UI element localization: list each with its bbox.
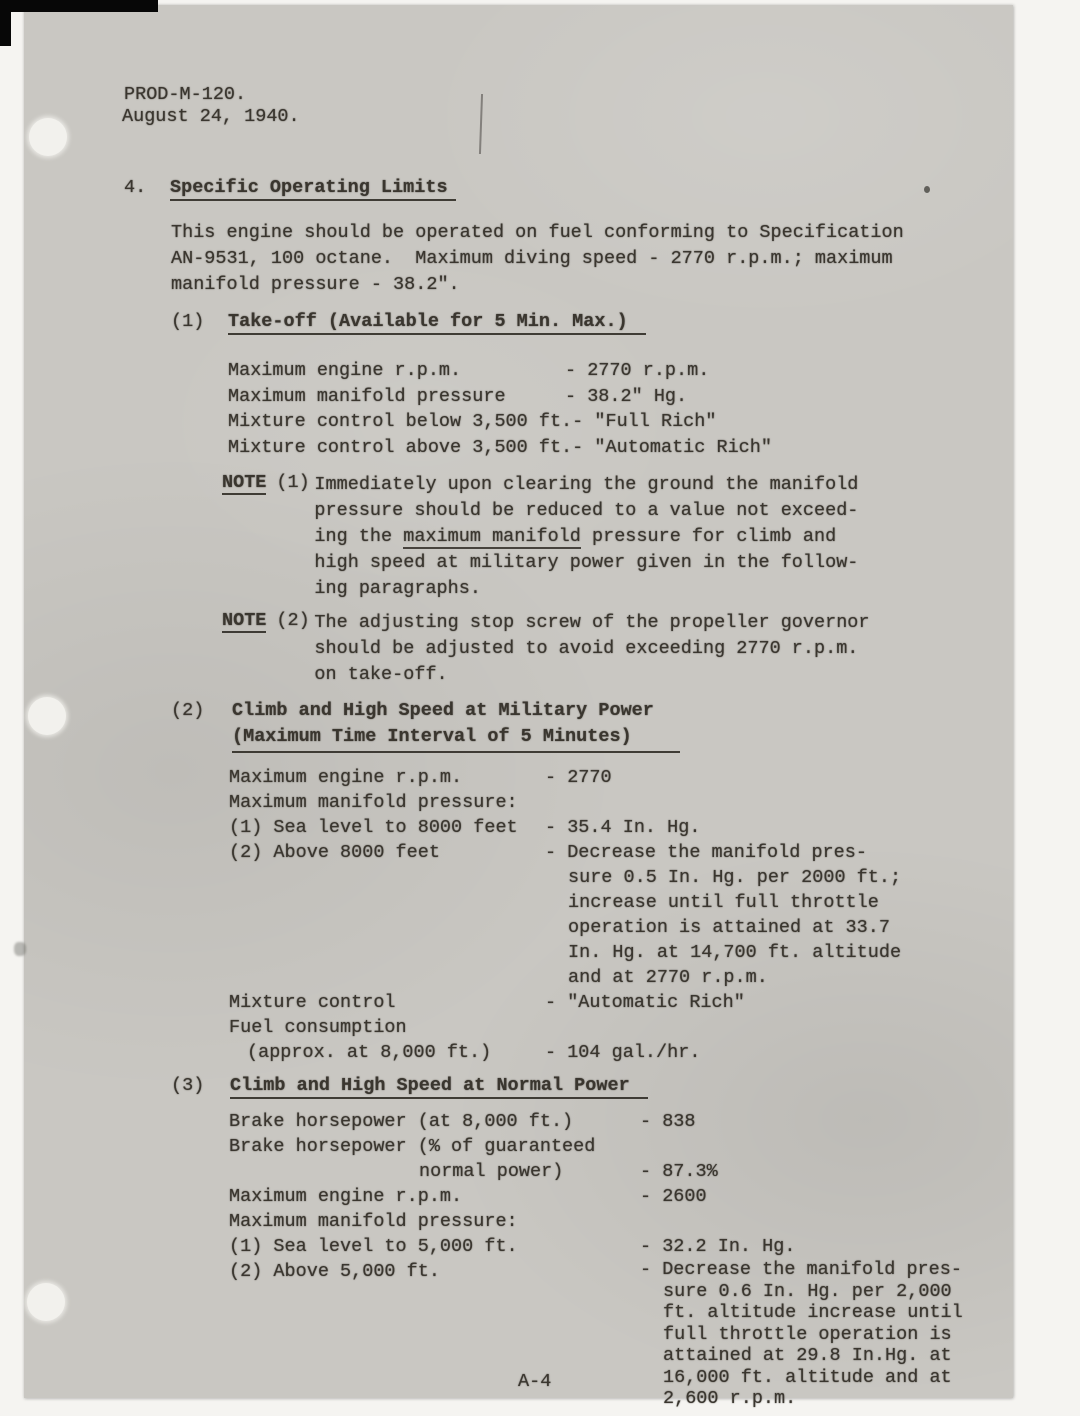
spec-value: - 32.2 In. Hg. [640, 1234, 795, 1259]
spec-row: Brake horsepower (at 8,000 ft.)- 838 [229, 1109, 1003, 1134]
section-1-specs: Maximum engine r.p.m.- 2770 r.p.m. Maxim… [228, 358, 772, 460]
scanned-document-page: PROD-M-120. August 24, 1940. 4.Specific … [0, 0, 1080, 1416]
spec-value: - 2600 [640, 1184, 707, 1209]
note-line: should be adjusted to avoid exceeding 27… [314, 636, 954, 662]
note-line-part: ing the [314, 526, 403, 547]
spec-value: - 35.4 In. Hg. [545, 815, 700, 840]
spec-value: - 2770 [545, 765, 612, 790]
section-2-specs: Maximum engine r.p.m.- 2770 Maximum mani… [229, 765, 928, 1065]
document-content: PROD-M-120. August 24, 1940. 4.Specific … [0, 0, 1080, 1416]
spec-label: (2) Above 5,000 ft. [229, 1259, 640, 1284]
spec-row: Maximum manifold pressure- 38.2" Hg. [228, 384, 772, 410]
spec-label: (1) Sea level to 8000 feet [229, 815, 545, 840]
spec-label: Brake horsepower (at 8,000 ft.) [229, 1109, 640, 1134]
spec-value: - 104 gal./hr. [545, 1040, 700, 1065]
spec-label: (approx. at 8,000 ft.) [229, 1040, 545, 1065]
section-title: Climb and High Speed at Military Power (… [232, 698, 680, 753]
spec-value: - Decrease the manifold pres- sure 0.5 I… [545, 840, 928, 990]
spec-row: (2) Above 8000 feet- Decrease the manifo… [229, 840, 928, 990]
note-1: NOTE (1) Immediately upon clearing the g… [222, 472, 954, 602]
intro-paragraph: This engine should be operated on fuel c… [171, 220, 904, 298]
spec-label: Maximum engine r.p.m. [229, 765, 545, 790]
note-label: NOTE [222, 472, 266, 495]
spec-row: Mixture control- "Automatic Rich" [229, 990, 928, 1015]
note-number: (1) [276, 472, 311, 493]
spec-row: Brake horsepower (% of guaranteed [229, 1134, 1003, 1159]
spec-label: Brake horsepower (% of guaranteed [229, 1134, 640, 1159]
spec-row: (approx. at 8,000 ft.)- 104 gal./hr. [229, 1040, 928, 1065]
spec-row: (2) Above 5,000 ft.- Decrease the manifo… [229, 1259, 1003, 1410]
spec-label: Maximum manifold pressure: [229, 1209, 640, 1234]
section-title: Climb and High Speed at Normal Power [230, 1075, 648, 1099]
spec-row: Maximum manifold pressure: [229, 790, 928, 815]
spec-label: (1) Sea level to 5,000 ft. [229, 1234, 640, 1259]
spec-value: - 38.2" Hg. [565, 384, 687, 410]
spec-label: Maximum manifold pressure: [229, 790, 545, 815]
spec-label: (2) Above 8000 feet [229, 840, 545, 865]
note-text: The adjusting stop screw of the propelle… [314, 610, 954, 688]
spec-value: - 87.3% [640, 1159, 718, 1184]
note-line: ing the maximum manifold pressure for cl… [314, 524, 954, 550]
note-line: pressure should be reduced to a value no… [314, 498, 954, 524]
spec-row: (1) Sea level to 8000 feet- 35.4 In. Hg. [229, 815, 928, 840]
section-title-line: (Maximum Time Interval of 5 Minutes) [232, 724, 680, 753]
note-label: NOTE [222, 610, 266, 633]
intro-line: This engine should be operated on fuel c… [171, 220, 904, 246]
note-line: on take-off. [314, 662, 954, 688]
spec-row: (1) Sea level to 5,000 ft.- 32.2 In. Hg. [229, 1234, 1003, 1259]
spec-value: - "Automatic Rich" [572, 435, 772, 461]
section-number: (2) [171, 698, 232, 724]
spec-label: Maximum engine r.p.m. [228, 358, 565, 384]
note-2: NOTE (2) The adjusting stop screw of the… [222, 610, 954, 688]
note-line: ing paragraphs. [314, 576, 954, 602]
spec-label: Maximum engine r.p.m. [229, 1184, 640, 1209]
spec-value: - 2770 r.p.m. [565, 358, 709, 384]
note-line: The adjusting stop screw of the propelle… [314, 610, 954, 636]
spec-row: normal power)- 87.3% [229, 1159, 1003, 1184]
section-3-heading: (3)Climb and High Speed at Normal Power [171, 1074, 648, 1098]
heading-text: Specific Operating Limits [170, 177, 456, 201]
note-line-part: pressure for climb and [581, 526, 836, 547]
note-number: (2) [276, 610, 311, 631]
spec-row: Fuel consumption [229, 1015, 928, 1040]
doc-number: PROD-M-120. [124, 84, 246, 106]
spec-row: Maximum engine r.p.m.- 2770 [229, 765, 928, 790]
note-line: high speed at military power given in th… [314, 550, 954, 576]
note-line: Immediately upon clearing the ground the… [314, 472, 954, 498]
section-number: (3) [171, 1074, 230, 1098]
spec-row: Maximum engine r.p.m.- 2600 [229, 1184, 1003, 1209]
main-heading: 4.Specific Operating Limits [124, 176, 456, 200]
intro-line: manifold pressure - 38.2". [171, 272, 904, 298]
section-3-specs: Brake horsepower (at 8,000 ft.)- 838 Bra… [229, 1109, 1003, 1410]
spec-row: Mixture control above 3,500 ft.- "Automa… [228, 435, 772, 461]
heading-number: 4. [124, 176, 170, 200]
spec-row: Maximum engine r.p.m.- 2770 r.p.m. [228, 358, 772, 384]
spec-label: Fuel consumption [229, 1015, 545, 1040]
spec-value: - 838 [640, 1109, 696, 1134]
note-text: Immediately upon clearing the ground the… [314, 472, 954, 602]
section-number: (1) [171, 310, 228, 334]
spec-label: Mixture control below 3,500 ft. [228, 409, 572, 435]
spec-label: normal power) [229, 1159, 640, 1184]
spec-row: Maximum manifold pressure: [229, 1209, 1003, 1234]
section-title-line: Climb and High Speed at Military Power [232, 698, 680, 724]
spec-value: - "Automatic Rich" [545, 990, 745, 1015]
note-line-underlined: maximum manifold [403, 526, 581, 549]
spec-value: - Decrease the manifold pres- sure 0.6 I… [640, 1259, 1003, 1410]
spec-label: Maximum manifold pressure [228, 384, 565, 410]
spec-label: Mixture control above 3,500 ft. [228, 435, 572, 461]
intro-line: AN-9531, 100 octane. Maximum diving spee… [171, 246, 904, 272]
spec-row: Mixture control below 3,500 ft.- "Full R… [228, 409, 772, 435]
page-number: A-4 [518, 1371, 551, 1393]
section-1-heading: (1)Take-off (Available for 5 Min. Max.) [171, 310, 646, 334]
doc-date: August 24, 1940. [122, 106, 300, 128]
section-title: Take-off (Available for 5 Min. Max.) [228, 311, 646, 335]
spec-label: Mixture control [229, 990, 545, 1015]
section-2-heading: (2) Climb and High Speed at Military Pow… [171, 698, 680, 753]
spec-value: - "Full Rich" [572, 409, 716, 435]
